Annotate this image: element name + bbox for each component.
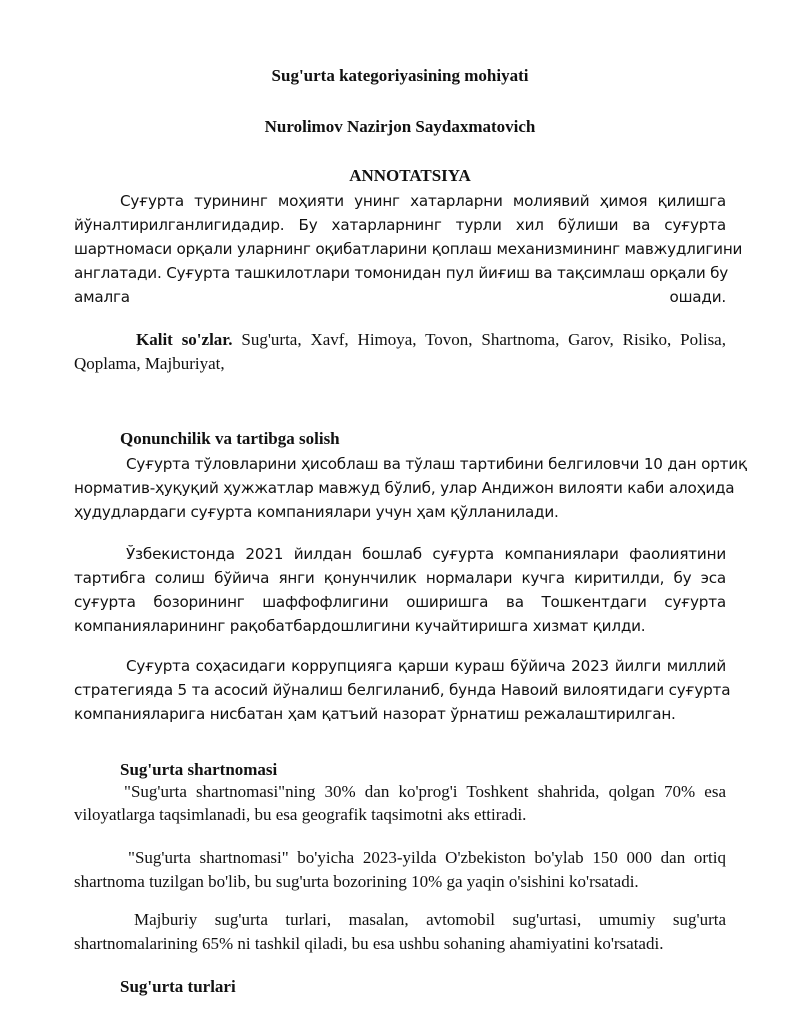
document-author: Nurolimov Nazirjon Saydaxmatovich xyxy=(0,117,800,137)
document-page: Sug'urta kategoriyasining mohiyati Nurol… xyxy=(0,0,800,1035)
paragraph-line: ҳудудлардаги суғурта компаниялари учун ҳ… xyxy=(74,500,726,524)
paragraph-line: стратегияда 5 та асосий йўналиш белгилан… xyxy=(74,678,726,702)
paragraph-line: Majburiy sug'urta turlari, masalan, avto… xyxy=(74,908,726,932)
annotation-line: Суғурта турининг моҳияти унинг хатарларн… xyxy=(74,189,726,213)
paragraph-line: норматив-ҳуқуқий ҳужжатлар мавжуд бўлиб,… xyxy=(74,476,726,500)
document-title: Sug'urta kategoriyasining mohiyati xyxy=(0,66,800,86)
paragraph-line: Ўзбекистонда 2021 йилдан бошлаб суғурта … xyxy=(74,542,726,566)
paragraph-line: тартибга солиш бўйича янги қонунчилик но… xyxy=(74,566,726,590)
paragraph-line: компанияларининг рақобатбардошлигини куч… xyxy=(74,614,726,638)
paragraph-line: "Sug'urta shartnomasi"ning 30% dan ko'pr… xyxy=(74,780,726,804)
keywords-label: Kalit so'zlar. xyxy=(136,330,233,349)
section-heading: Sug'urta shartnomasi xyxy=(120,760,277,780)
keywords-line: Qoplama, Majburiyat, xyxy=(74,352,726,376)
paragraph-line: суғурта бозорининг шаффофлигини оширишга… xyxy=(74,590,726,614)
annotation-line: шартномаси орқали уларнинг оқибатларини … xyxy=(74,237,726,261)
paragraph-line: shartnoma tuzilgan bo'lib, bu sug'urta b… xyxy=(74,870,726,894)
paragraph-line: компанияларига нисбатан ҳам қатъий назор… xyxy=(74,702,726,726)
section-heading: Qonunchilik va tartibga solish xyxy=(120,429,340,449)
keywords-list: Sug'urta, Xavf, Himoya, Tovon, Shartnoma… xyxy=(241,330,726,349)
annotation-heading: ANNOTATSIYA xyxy=(10,166,800,186)
keywords-line: Kalit so'zlar. Sug'urta, Xavf, Himoya, T… xyxy=(74,328,726,352)
annotation-line: англатади. Суғурта ташкилотлари томонида… xyxy=(74,261,726,285)
paragraph-line: "Sug'urta shartnomasi" bo'yicha 2023-yil… xyxy=(74,846,726,870)
paragraph-line: shartnomalarining 65% ni tashkil qiladi,… xyxy=(74,932,726,956)
paragraph-line: Суғурта тўловларини ҳисоблаш ва тўлаш та… xyxy=(74,452,726,476)
annotation-line: ошади. xyxy=(74,285,726,309)
section-heading: Sug'urta turlari xyxy=(120,977,236,997)
paragraph-line: viloyatlarga taqsimlanadi, bu esa geogra… xyxy=(74,803,726,827)
annotation-line: йўналтирилганлигидадир. Бу хатарларнинг … xyxy=(74,213,726,237)
paragraph-line: Суғурта соҳасидаги коррупцияга қарши кур… xyxy=(74,654,726,678)
